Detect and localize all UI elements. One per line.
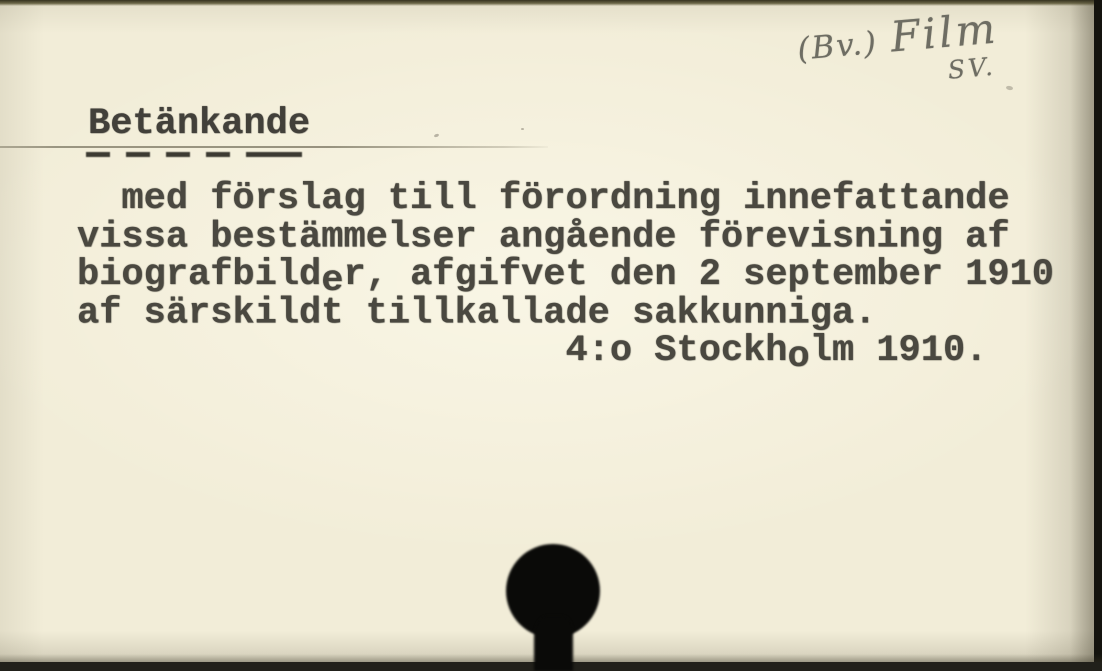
- scan-edge-top: [0, 0, 1102, 6]
- paper-speck: [521, 128, 524, 130]
- typed-dash-underline-end: [246, 152, 302, 157]
- handwritten-prefix: (Bv.): [796, 25, 880, 68]
- card-heading: Betänkande: [88, 105, 310, 143]
- typewritten-line: vissa bestämmelser angående förevisning …: [77, 219, 1054, 257]
- typewritten-line: 4:o Stockholm 1910.: [77, 332, 1054, 370]
- punch-hole-stem: [534, 616, 573, 671]
- dropped-letter: o: [788, 336, 810, 378]
- typewritten-body: med förslag till förordning innefattande…: [77, 180, 1054, 370]
- handwritten-annotation: (Bv.) Film SV.: [795, 3, 1003, 97]
- typed-dash-underline: [86, 152, 230, 157]
- catalog-card-scan: (Bv.) Film SV. Betänkande med förslag ti…: [0, 0, 1102, 671]
- handwritten-subscript: SV.: [947, 51, 1003, 85]
- printed-guide-line: [0, 146, 548, 148]
- paper-speck: [1006, 85, 1014, 90]
- scan-edge-right: [1094, 0, 1102, 671]
- scan-edge-right-shadow: [1070, 0, 1094, 671]
- typewritten-line: af särskildt tillkallade sakkunniga.: [77, 295, 1054, 333]
- typewritten-line: med förslag till förordning innefattande: [77, 180, 1054, 218]
- paper-speck: [434, 133, 440, 138]
- typewritten-line: biografbilder, afgifvet den 2 september …: [77, 256, 1054, 294]
